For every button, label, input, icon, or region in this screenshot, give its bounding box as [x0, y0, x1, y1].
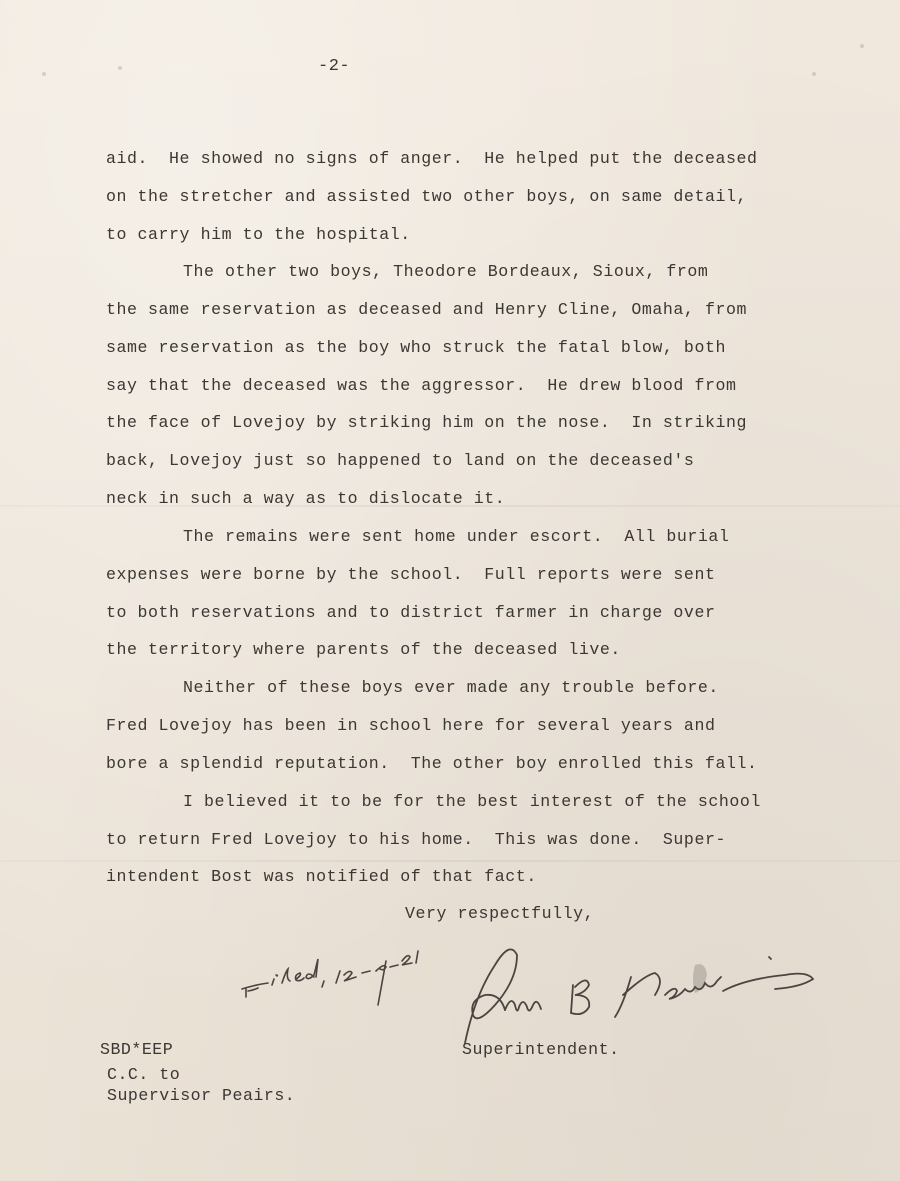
body-line: the same reservation as deceased and Hen… [106, 300, 747, 319]
body-line: bore a splendid reputation. The other bo… [106, 754, 758, 773]
body-line: on the stretcher and assisted two other … [106, 187, 747, 206]
paper-speck [812, 72, 816, 76]
signer-title: Superintendent. [462, 1040, 620, 1059]
carbon-copy-label: C.C. to [107, 1065, 180, 1084]
handwritten-signature: Sam B Davis [455, 935, 825, 1050]
body-line: same reservation as the boy who struck t… [106, 338, 726, 357]
body-line: the face of Lovejoy by striking him on t… [106, 413, 747, 432]
closing-salutation: Very respectfully, [405, 904, 594, 923]
body-line: the territory where parents of the decea… [106, 640, 621, 659]
paper-speck [118, 66, 122, 70]
handwritten-filed-note: Filed, 12-9-21 [240, 945, 460, 1015]
body-line: The remains were sent home under escort.… [183, 527, 729, 546]
paper-speck [42, 72, 46, 76]
carbon-copy-recipient: Supervisor Peairs. [107, 1086, 295, 1105]
body-line: to return Fred Lovejoy to his home. This… [106, 830, 726, 849]
body-line: I believed it to be for the best interes… [183, 792, 761, 811]
body-line: The other two boys, Theodore Bordeaux, S… [183, 262, 708, 281]
reference-initials: SBD*EEP [100, 1040, 173, 1059]
body-line: to carry him to the hospital. [106, 225, 411, 244]
body-line: back, Lovejoy just so happened to land o… [106, 451, 694, 470]
body-line: neck in such a way as to dislocate it. [106, 489, 505, 508]
body-line: Neither of these boys ever made any trou… [183, 678, 719, 697]
body-line: say that the deceased was the aggressor.… [106, 376, 736, 395]
body-line: Fred Lovejoy has been in school here for… [106, 716, 715, 735]
page-number: -2- [318, 57, 350, 76]
body-line: expenses were borne by the school. Full … [106, 565, 715, 584]
body-line: intendent Bost was notified of that fact… [106, 867, 537, 886]
paper-speck [860, 44, 864, 48]
body-line: to both reservations and to district far… [106, 603, 715, 622]
body-line: aid. He showed no signs of anger. He hel… [106, 149, 758, 168]
paper-fold-line [0, 860, 900, 862]
